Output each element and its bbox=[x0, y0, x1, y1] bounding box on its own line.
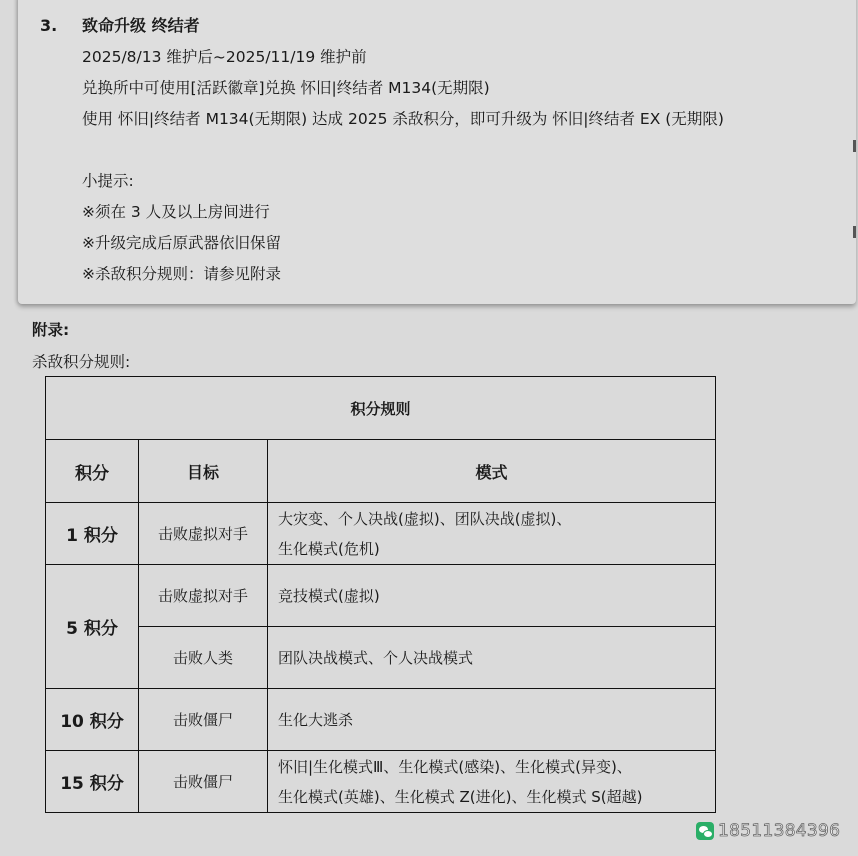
item-exchange-text: 兑换所中可使用[活跃徽章]兑换 怀旧|终结者 M134(无期限) bbox=[82, 76, 724, 107]
header-target: 目标 bbox=[139, 440, 268, 503]
header-points: 积分 bbox=[46, 440, 139, 503]
target-cell: 击败僵尸 bbox=[139, 689, 268, 751]
mode-cell: 竞技模式(虚拟) bbox=[268, 565, 716, 627]
mode-cell: 怀旧|生化模式Ⅲ、生化模式(感染)、生化模式(异变)、 生化模式(英雄)、生化模… bbox=[268, 751, 716, 813]
item-number: 3. bbox=[40, 16, 57, 35]
mode-cell: 生化大逃杀 bbox=[268, 689, 716, 751]
mode-line: 怀旧|生化模式Ⅲ、生化模式(感染)、生化模式(异变)、 bbox=[278, 752, 715, 782]
target-cell: 击败僵尸 bbox=[139, 751, 268, 813]
mode-cell: 大灾变、个人决战(虚拟)、团队决战(虚拟)、 生化模式(危机) bbox=[268, 503, 716, 565]
mode-line: 生化模式(英雄)、生化模式 Z(进化)、生化模式 S(超越) bbox=[278, 782, 715, 812]
mode-line: 生化大逃杀 bbox=[278, 705, 715, 735]
tip-item: ※杀敌积分规则：请参见附录 bbox=[82, 262, 724, 293]
table-row: 1 积分 击败虚拟对手 大灾变、个人决战(虚拟)、团队决战(虚拟)、 生化模式(… bbox=[46, 503, 716, 565]
table-row: 击败人类 团队决战模式、个人决战模式 bbox=[46, 627, 716, 689]
appendix-title: 附录: bbox=[32, 318, 69, 340]
table-row: 10 积分 击败僵尸 生化大逃杀 bbox=[46, 689, 716, 751]
scroll-edge-mark bbox=[853, 140, 856, 152]
points-cell: 15 积分 bbox=[46, 751, 139, 813]
mode-line: 生化模式(危机) bbox=[278, 534, 715, 564]
appendix-subtitle: 杀敌积分规则: bbox=[32, 350, 130, 372]
tips-label: 小提示: bbox=[82, 169, 724, 200]
table-caption: 积分规则 bbox=[46, 377, 716, 440]
points-cell: 5 积分 bbox=[46, 565, 139, 689]
table-row: 5 积分 击败虚拟对手 竞技模式(虚拟) bbox=[46, 565, 716, 627]
mode-line: 大灾变、个人决战(虚拟)、团队决战(虚拟)、 bbox=[278, 504, 715, 534]
mode-line: 竞技模式(虚拟) bbox=[278, 581, 715, 611]
header-mode: 模式 bbox=[268, 440, 716, 503]
points-cell: 10 积分 bbox=[46, 689, 139, 751]
scroll-edge-mark bbox=[853, 226, 856, 238]
item-body: 致命升级 终结者 2025/8/13 维护后~2025/11/19 维护前 兑换… bbox=[82, 14, 724, 293]
points-cell: 1 积分 bbox=[46, 503, 139, 565]
target-cell: 击败人类 bbox=[139, 627, 268, 689]
target-cell: 击败虚拟对手 bbox=[139, 565, 268, 627]
item-title: 致命升级 终结者 bbox=[82, 14, 724, 45]
mode-cell: 团队决战模式、个人决战模式 bbox=[268, 627, 716, 689]
target-cell: 击败虚拟对手 bbox=[139, 503, 268, 565]
item-upgrade-text: 使用 怀旧|终结者 M134(无期限) 达成 2025 杀敌积分，即可升级为 怀… bbox=[82, 107, 724, 138]
tip-item: ※升级完成后原武器依旧保留 bbox=[82, 231, 724, 262]
points-rules-table: 积分规则 积分 目标 模式 1 积分 击败虚拟对手 大灾变、个人决战(虚拟)、团… bbox=[45, 376, 716, 813]
wechat-number: 18511384396 bbox=[718, 821, 840, 841]
table-row: 15 积分 击败僵尸 怀旧|生化模式Ⅲ、生化模式(感染)、生化模式(异变)、 生… bbox=[46, 751, 716, 813]
mode-line: 团队决战模式、个人决战模式 bbox=[278, 643, 715, 673]
tip-item: ※须在 3 人及以上房间进行 bbox=[82, 200, 724, 231]
item-period: 2025/8/13 维护后~2025/11/19 维护前 bbox=[82, 45, 724, 76]
wechat-watermark: 18511384396 bbox=[696, 821, 840, 841]
table-header-row: 积分 目标 模式 bbox=[46, 440, 716, 503]
wechat-icon bbox=[696, 822, 714, 840]
